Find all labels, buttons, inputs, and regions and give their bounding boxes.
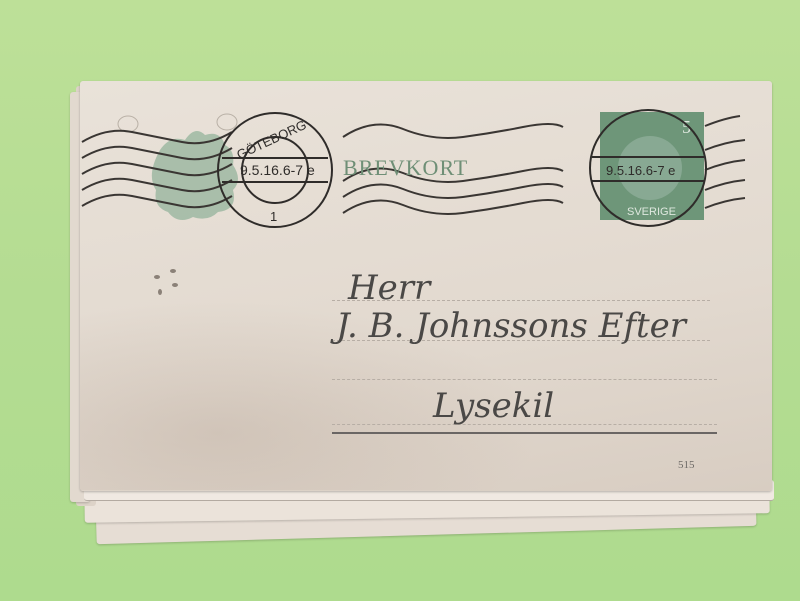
- svg-text:9.5.16.6-7 e: 9.5.16.6-7 e: [240, 162, 315, 178]
- svg-text:GÖTEBORG: GÖTEBORG: [234, 117, 308, 162]
- address-recipient: J. B. Johnssons Efter: [336, 306, 686, 346]
- address-salutation: Herr: [348, 268, 430, 308]
- postcard-title: BREVKORT: [343, 155, 468, 181]
- address-line-3: [332, 379, 717, 380]
- address-underline: [332, 432, 717, 434]
- address-city: Lysekil: [433, 386, 554, 426]
- print-number: 515: [678, 459, 695, 471]
- svg-text:9.5.16.6-7 e: 9.5.16.6-7 e: [606, 163, 675, 178]
- svg-text:1: 1: [270, 209, 277, 224]
- svg-text:SVERIGE: SVERIGE: [627, 206, 676, 218]
